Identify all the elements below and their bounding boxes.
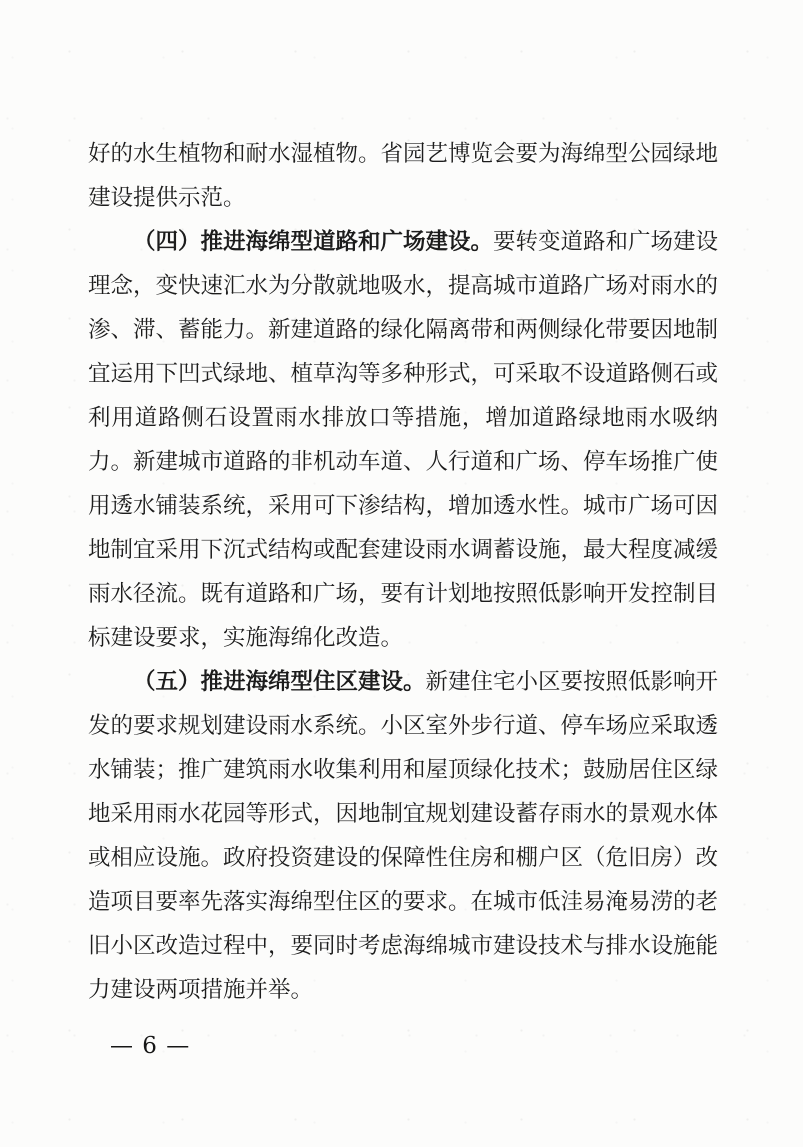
- line-text: 利用道路侧石设置雨水排放口等措施，增加道路绿地雨水吸纳: [88, 405, 718, 431]
- text-line: 水铺装；推广建筑雨水收集利用和屋顶绿化技术；鼓励居住区绿: [88, 748, 718, 792]
- line-text: 用透水铺装系统，采用可下渗结构，增加透水性。城市广场可因: [88, 493, 718, 519]
- scanned-document-page: 好的水生植物和耐水湿植物。省园艺博览会要为海绵型公园绿地 建设提供示范。 （四）…: [0, 0, 803, 1147]
- text-line: 力。新建城市道路的非机动车道、人行道和广场、停车场推广使: [88, 440, 718, 484]
- line-text: 建设提供示范。: [88, 185, 246, 211]
- text-line: 地采用雨水花园等形式，因地制宜规划建设蓄存雨水的景观水体: [88, 792, 718, 836]
- text-line: 雨水径流。既有道路和广场，要有计划地按照低影响开发控制目: [88, 572, 718, 616]
- line-text: 力建设两项措施并举。: [88, 977, 313, 1003]
- line-text: 渗、滞、蓄能力。新建道路的绿化隔离带和两侧绿化带要因地制: [88, 317, 718, 343]
- line-text: 旧小区改造过程中，要同时考虑海绵城市建设技术与排水设施能: [88, 933, 718, 959]
- text-line: 宜运用下凹式绿地、植草沟等多种形式，可采取不设道路侧石或: [88, 352, 718, 396]
- line-text: 地制宜采用下沉式结构或配套建设雨水调蓄设施，最大程度减缓: [88, 537, 718, 563]
- line-text: 水铺装；推广建筑雨水收集利用和屋顶绿化技术；鼓励居住区绿: [88, 757, 718, 783]
- line-text: 要转变道路和广场建设: [493, 229, 718, 255]
- text-line: 好的水生植物和耐水湿植物。省园艺博览会要为海绵型公园绿地: [88, 132, 718, 176]
- line-text: 力。新建城市道路的非机动车道、人行道和广场、停车场推广使: [88, 449, 718, 475]
- line-text: 雨水径流。既有道路和广场，要有计划地按照低影响开发控制目: [88, 581, 718, 607]
- text-line: 理念，变快速汇水为分散就地吸水，提高城市道路广场对雨水的: [88, 264, 718, 308]
- text-line: 标建设要求，实施海绵化改造。: [88, 616, 718, 660]
- text-line: （五）推进海绵型住区建设。新建住宅小区要按照低影响开: [88, 660, 718, 704]
- text-line: 利用道路侧石设置雨水排放口等措施，增加道路绿地雨水吸纳: [88, 396, 718, 440]
- line-text: 造项目要率先落实海绵型住区的要求。在城市低洼易淹易涝的老: [88, 889, 718, 915]
- text-line: 发的要求规划建设雨水系统。小区室外步行道、停车场应采取透: [88, 704, 718, 748]
- line-text: 宜运用下凹式绿地、植草沟等多种形式，可采取不设道路侧石或: [88, 361, 718, 387]
- text-line: （四）推进海绵型道路和广场建设。要转变道路和广场建设: [88, 220, 718, 264]
- text-line: 力建设两项措施并举。: [88, 968, 718, 1012]
- paragraph-heading: （五）推进海绵型住区建设。: [133, 669, 426, 695]
- line-text: 地采用雨水花园等形式，因地制宜规划建设蓄存雨水的景观水体: [88, 801, 718, 827]
- text-line: 渗、滞、蓄能力。新建道路的绿化隔离带和两侧绿化带要因地制: [88, 308, 718, 352]
- text-line: 或相应设施。政府投资建设的保障性住房和棚户区（危旧房）改: [88, 836, 718, 880]
- text-line: 造项目要率先落实海绵型住区的要求。在城市低洼易淹易涝的老: [88, 880, 718, 924]
- page-number: — 6 —: [110, 1031, 190, 1061]
- text-line: 建设提供示范。: [88, 176, 718, 220]
- line-text: 或相应设施。政府投资建设的保障性住房和棚户区（危旧房）改: [88, 845, 718, 871]
- document-body: 好的水生植物和耐水湿植物。省园艺博览会要为海绵型公园绿地 建设提供示范。 （四）…: [88, 132, 718, 1012]
- line-text: 标建设要求，实施海绵化改造。: [88, 625, 403, 651]
- text-line: 旧小区改造过程中，要同时考虑海绵城市建设技术与排水设施能: [88, 924, 718, 968]
- line-text: 理念，变快速汇水为分散就地吸水，提高城市道路广场对雨水的: [88, 273, 718, 299]
- line-text: 好的水生植物和耐水湿植物。省园艺博览会要为海绵型公园绿地: [88, 141, 718, 167]
- line-text: 新建住宅小区要按照低影响开: [426, 669, 718, 695]
- paragraph-heading: （四）推进海绵型道路和广场建设。: [133, 229, 493, 255]
- text-line: 地制宜采用下沉式结构或配套建设雨水调蓄设施，最大程度减缓: [88, 528, 718, 572]
- line-text: 发的要求规划建设雨水系统。小区室外步行道、停车场应采取透: [88, 713, 718, 739]
- text-line: 用透水铺装系统，采用可下渗结构，增加透水性。城市广场可因: [88, 484, 718, 528]
